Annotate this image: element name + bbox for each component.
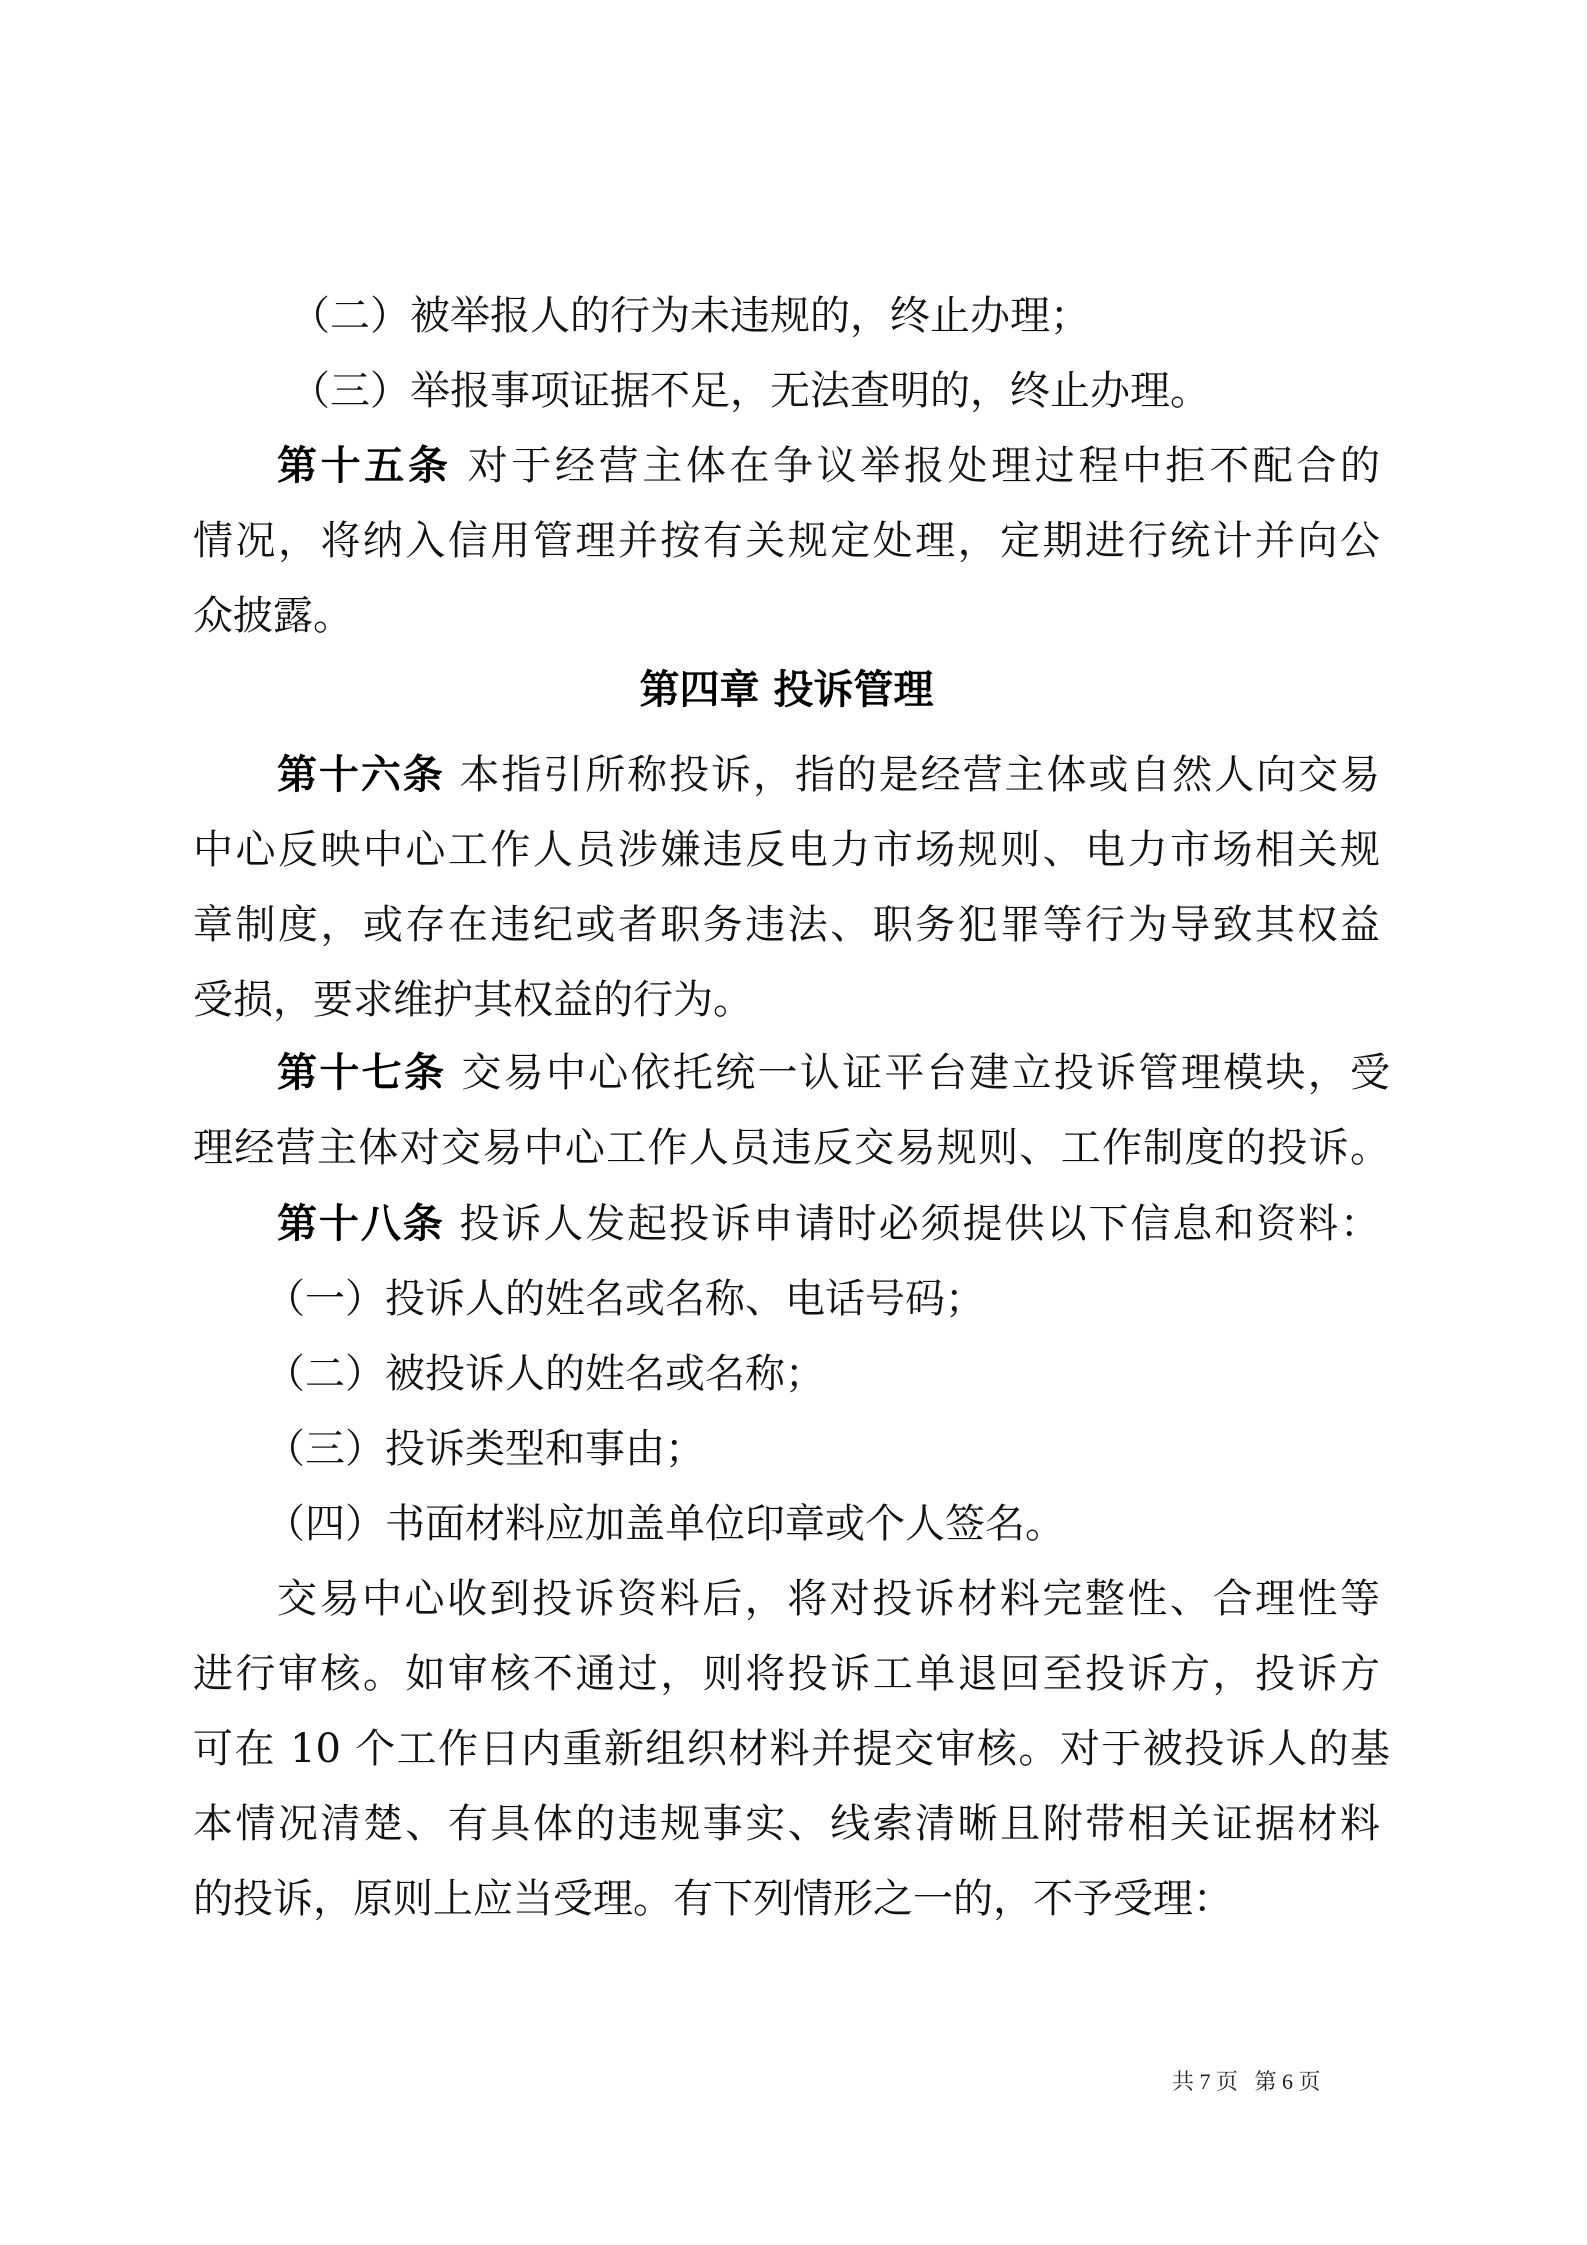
line-text: 交易中心收到投诉资料后，将对投诉材料完整性、合理性等 — [277, 1576, 1380, 1622]
line-text: 章制度，或存在违纪或者职务违法、职务犯罪等行为导致其权益 — [193, 902, 1380, 948]
paragraph-line: 本情况清楚、有具体的违规事实、线索清晰且附带相关证据材料 — [193, 1794, 1380, 1854]
list-item: （一）投诉人的姓名或名称、电话号码； — [265, 1269, 985, 1329]
line-text: 本指引所称投诉，指的是经营主体或自然人向交易 — [459, 752, 1380, 798]
line-text: 受损，要求维护其权益的行为。 — [193, 977, 753, 1023]
paragraph-line: 中心反映中心工作人员涉嫌违反电力市场规则、电力市场相关规 — [193, 820, 1380, 880]
article-label: 第十七条 — [277, 1050, 446, 1096]
paragraph-line: 交易中心收到投诉资料后，将对投诉材料完整性、合理性等 — [277, 1569, 1380, 1629]
line-text: 理经营主体对交易中心工作人员违反交易规则、工作制度的投诉。 — [193, 1125, 1390, 1171]
list-item: （二）被投诉人的姓名或名称； — [265, 1344, 825, 1404]
article-first-line: 第十六条 本指引所称投诉，指的是经营主体或自然人向交易 — [277, 745, 1380, 805]
line-text: 本情况清楚、有具体的违规事实、线索清晰且附带相关证据材料 — [193, 1801, 1380, 1847]
list-item: （三）投诉类型和事由； — [265, 1419, 705, 1479]
line-text: 进行审核。如审核不通过，则将投诉工单退回至投诉方，投诉方 — [193, 1651, 1380, 1697]
article-label: 第十六条 — [277, 752, 445, 798]
line-text: （二）被举报人的行为未违规的，终止办理； — [290, 293, 1090, 339]
line-text: （二）被投诉人的姓名或名称； — [265, 1351, 825, 1397]
paragraph-line: 可在 10 个工作日内重新组织材料并提交审核。对于被投诉人的基 — [193, 1719, 1390, 1779]
paragraph-line: 理经营主体对交易中心工作人员违反交易规则、工作制度的投诉。 — [193, 1118, 1390, 1178]
line-text: （一）投诉人的姓名或名称、电话号码； — [265, 1276, 985, 1322]
article-first-line: 第十八条 投诉人发起投诉申请时必须提供以下信息和资料： — [277, 1194, 1380, 1254]
paragraph-line: 进行审核。如审核不通过，则将投诉工单退回至投诉方，投诉方 — [193, 1644, 1380, 1704]
article-first-line: 第十七条 交易中心依托统一认证平台建立投诉管理模块，受 — [277, 1043, 1390, 1103]
line-text: 中心反映中心工作人员涉嫌违反电力市场规则、电力市场相关规 — [193, 827, 1380, 873]
paragraph-line: 的投诉，原则上应当受理。有下列情形之一的，不予受理： — [193, 1869, 1233, 1929]
line-text: （三）举报事项证据不足，无法查明的，终止办理。 — [290, 368, 1210, 414]
chapter-heading: 第四章 投诉管理 — [193, 660, 1380, 720]
article-label: 第十八条 — [277, 1201, 445, 1247]
page-number-footer: 共 7 页 第 6 页 — [1172, 2067, 1321, 2097]
paragraph-line: 章制度，或存在违纪或者职务违法、职务犯罪等行为导致其权益 — [193, 895, 1380, 955]
article-first-line: 第十五条 对于经营主体在争议举报处理过程中拒不配合的 — [277, 436, 1380, 496]
line-text: 投诉人发起投诉申请时必须提供以下信息和资料： — [459, 1201, 1380, 1247]
list-item: （四）书面材料应加盖单位印章或个人签名。 — [265, 1494, 1065, 1554]
line-text: （四）书面材料应加盖单位印章或个人签名。 — [265, 1501, 1065, 1547]
paragraph-line: 受损，要求维护其权益的行为。 — [193, 970, 753, 1030]
line-text: 的投诉，原则上应当受理。有下列情形之一的，不予受理： — [193, 1876, 1233, 1922]
line-text: 对于经营主体在争议举报处理过程中拒不配合的 — [468, 443, 1380, 489]
document-page: （二）被举报人的行为未违规的，终止办理；（三）举报事项证据不足，无法查明的，终止… — [0, 0, 1587, 2245]
article-label: 第十五条 — [277, 443, 451, 489]
line-text: 交易中心依托统一认证平台建立投诉管理模块，受 — [461, 1050, 1390, 1096]
line-text: 可在 10 个工作日内重新组织材料并提交审核。对于被投诉人的基 — [193, 1726, 1390, 1772]
list-item: （三）举报事项证据不足，无法查明的，终止办理。 — [290, 361, 1210, 421]
line-text: （三）投诉类型和事由； — [265, 1426, 705, 1472]
paragraph-line: 众披露。 — [193, 586, 353, 646]
list-item: （二）被举报人的行为未违规的，终止办理； — [290, 286, 1090, 346]
paragraph-line: 情况，将纳入信用管理并按有关规定处理，定期进行统计并向公 — [193, 511, 1380, 571]
line-text: 众披露。 — [193, 593, 353, 639]
line-text: 情况，将纳入信用管理并按有关规定处理，定期进行统计并向公 — [193, 518, 1380, 564]
